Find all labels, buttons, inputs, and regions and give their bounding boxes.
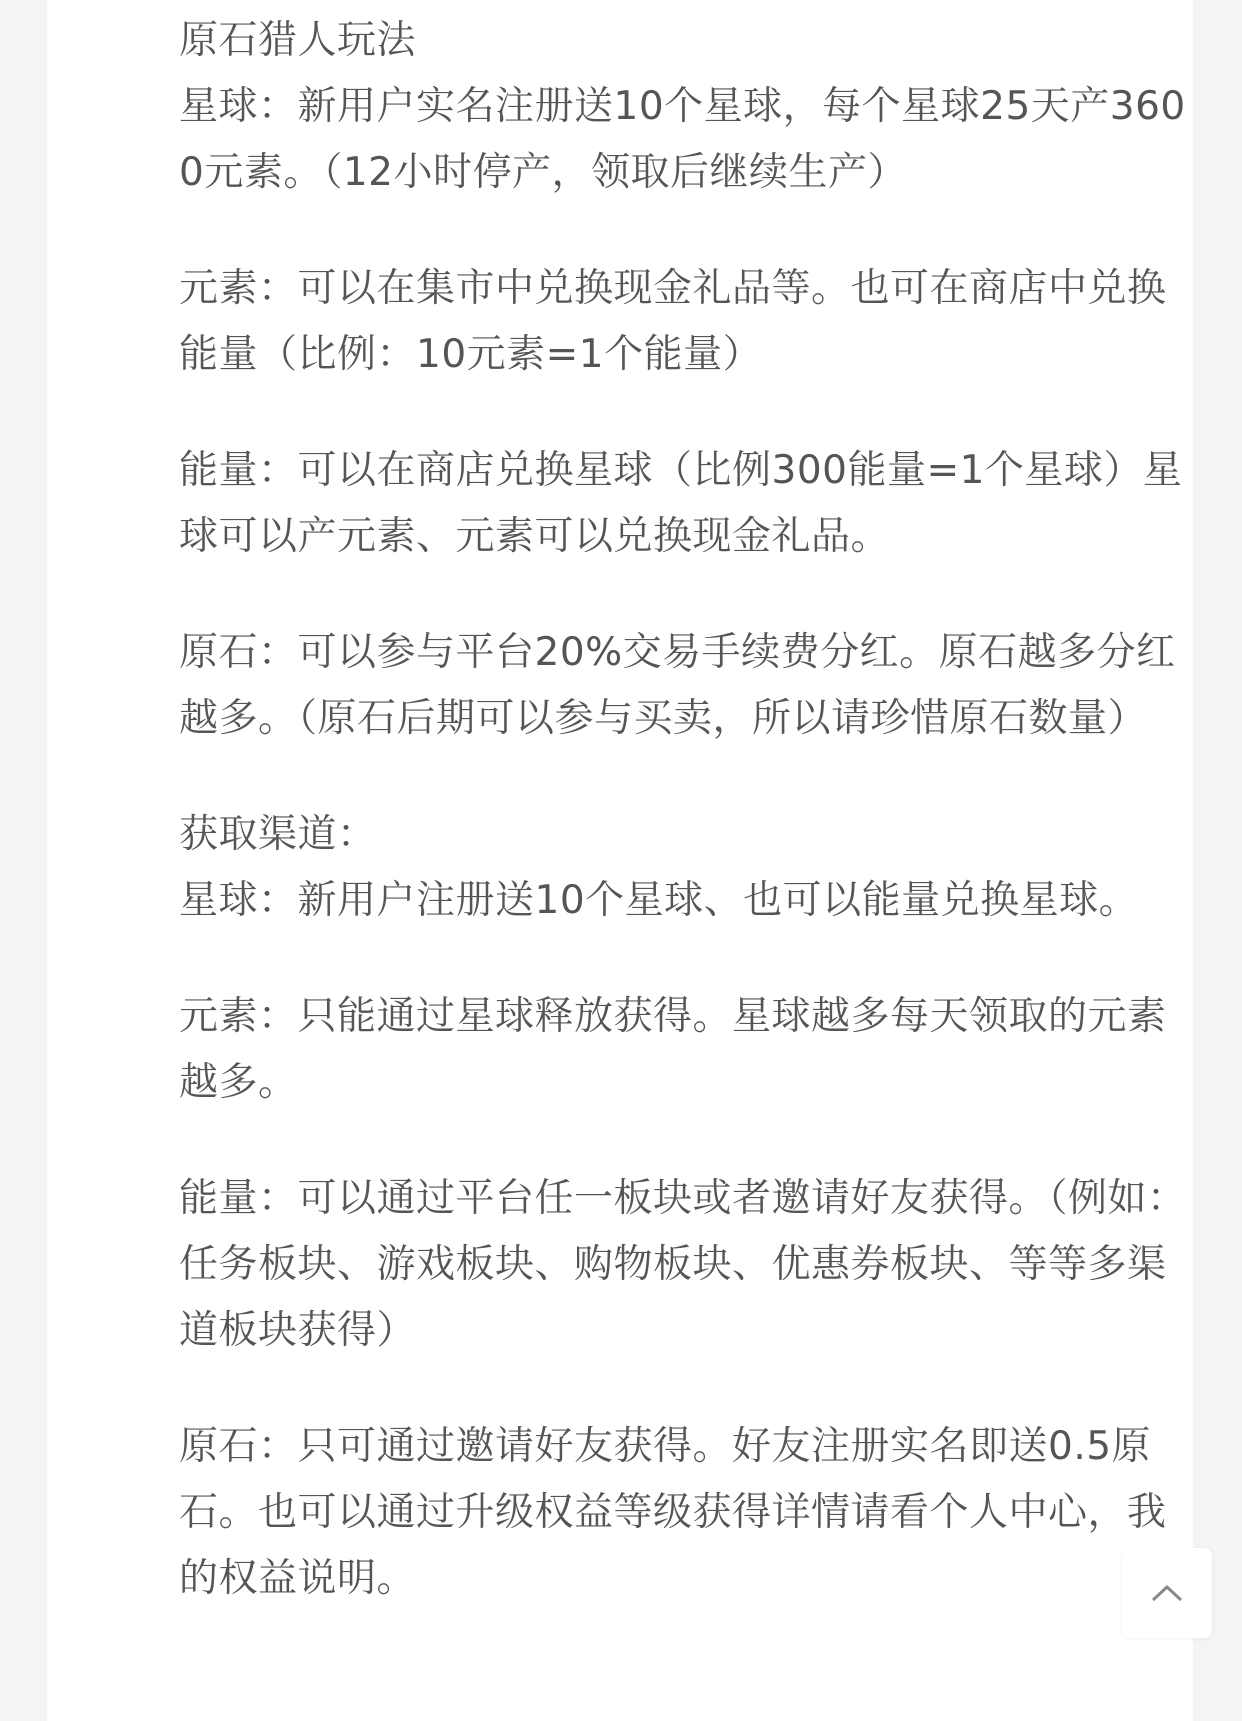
channel-element: 元素：只能通过星球释放获得。星球越多每天领取的元素越多。: [179, 984, 1189, 1116]
channels-heading: 获取渠道：: [179, 802, 1189, 868]
paragraph-gemstone: 原石：可以参与平台20%交易手续费分红。原石越多分红越多。（原石后期可以参与买卖…: [179, 620, 1189, 752]
channel-gemstone: 原石：只可通过邀请好友获得。好友注册实名即送0.5原石。也可以通过升级权益等级获…: [179, 1414, 1189, 1612]
paragraph-element: 元素：可以在集市中兑换现金礼品等。也可在商店中兑换能量（比例：10元素=1个能量…: [179, 256, 1189, 388]
paragraph-energy: 能量：可以在商店兑换星球（比例300能量=1个星球）星球可以产元素、元素可以兑换…: [179, 438, 1189, 570]
channel-energy: 能量：可以通过平台任一板块或者邀请好友获得。（例如：任务板块、游戏板块、购物板块…: [179, 1166, 1189, 1364]
back-to-top-button[interactable]: [1122, 1548, 1212, 1638]
chevron-up-icon: [1150, 1583, 1184, 1603]
article-title: 原石猎人玩法: [179, 8, 1189, 74]
channel-planet: 星球：新用户注册送10个星球、也可以能量兑换星球。: [179, 868, 1189, 934]
paragraph-planet: 星球：新用户实名注册送10个星球，每个星球25天产3600元素。（12小时停产，…: [179, 74, 1189, 206]
article-card: 原石猎人玩法 星球：新用户实名注册送10个星球，每个星球25天产3600元素。（…: [47, 0, 1193, 1721]
article-content: 原石猎人玩法 星球：新用户实名注册送10个星球，每个星球25天产3600元素。（…: [179, 8, 1189, 1612]
